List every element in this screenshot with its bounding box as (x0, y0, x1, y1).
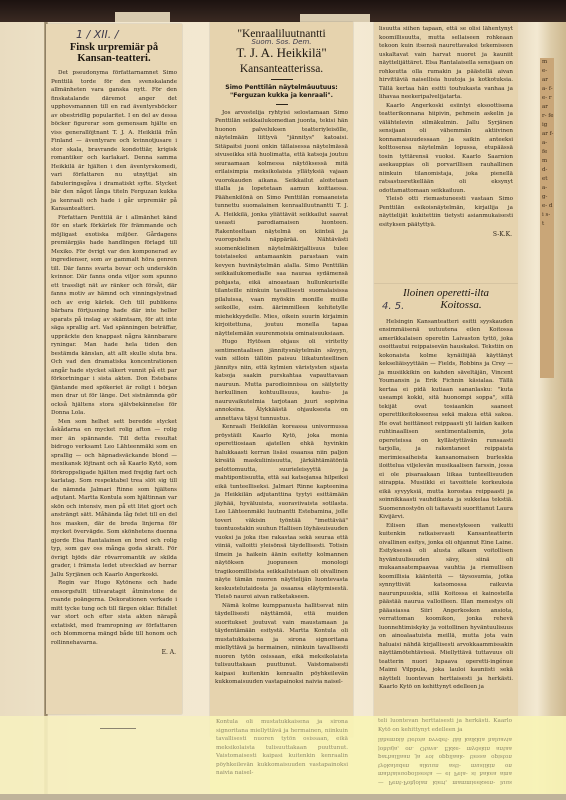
paragraph: Yleisö otti riemastuneesti vastaan Simo … (379, 195, 513, 229)
subtitle-line1: Simo Penttilän näytelmäuutuus: (210, 84, 353, 92)
divider (276, 104, 288, 105)
clipping-finnish-review: "Kenraaliluutnantti Suom. Sos. Dem. T. J… (210, 22, 353, 737)
paragraph: Regin var Hugo Kytönens och hade omsorgs… (51, 579, 177, 647)
clipping-title-line1: Iloinen operetti-ilta (374, 284, 518, 300)
clipping-body: lisuutta siihen tapaan, että se olisi lä… (374, 22, 518, 229)
paragraph: Kaarlo Angerkoski esiintyi eksoottisena … (379, 102, 513, 196)
handwritten-date: 4. 5. (382, 301, 404, 312)
paragraph: Det pseudonyma författarnamnet Simo Pent… (51, 69, 177, 214)
clipping-body: Helsingin Kansanteatteri esitti syyskaud… (374, 315, 518, 692)
clipping-body: Det pseudonyma författarnamnet Simo Pent… (46, 69, 182, 647)
clipping-title: Finsk urpremiär på Kansan-teatteri. (46, 41, 182, 69)
overlay-mirrored-bleedthrough-text: — Pent-Pohjolan kieri, mammieeksen- luus… (378, 738, 512, 786)
clipping-body: Jos arvostelija ryhtyisi selostamaan Sim… (210, 109, 353, 687)
paragraph: Författarn Penttilä är i allmänhet känd … (51, 214, 177, 418)
scan-bottom-border (0, 794, 566, 800)
clipping-title-line2: T. J. A. Heikkilä" (210, 46, 353, 60)
scan-top-border (0, 0, 566, 22)
title-row: 4. 5. Koitossa. (374, 300, 518, 315)
paragraph: Hugo Hytösen ohjaus oli viritetty sentim… (215, 338, 348, 423)
overlay-center-text: Kontula oli mustatukkaisena ja sirona si… (216, 718, 348, 778)
handwritten-date: 1 / XII. / (46, 24, 182, 41)
signature: E. A. (46, 649, 182, 656)
clipping-review-continuation: lisuutta siihen tapaan, että se olisi lä… (374, 22, 518, 284)
divider (100, 728, 136, 729)
paragraph: Jos arvostelija ryhtyisi selostamaan Sim… (215, 109, 348, 339)
paper-tab (115, 12, 170, 22)
signature: S-K.K. (374, 231, 518, 238)
clipping-title-line3: Kansanteatterissa. (210, 63, 353, 75)
paragraph: Helsingin Kansanteatteri esitti syyskaud… (379, 318, 513, 522)
paragraph: Nämä kolme kumppanusta hallitsevat niin … (215, 602, 348, 687)
torn-clipping-edge: m e- ar a- f- e- r ar r- fe ig ar f- a- … (540, 58, 554, 378)
subtitle-line2: "Ferguzan kukka ja kenraali". (210, 92, 353, 100)
paragraph: Eilisen illan menestykseen vaikutti kuit… (379, 522, 513, 692)
paragraph: Kenraali Heikkilän koreassa univormussa … (215, 423, 348, 602)
divider (271, 79, 293, 80)
overlay-right-text: teli luontevan herttaisesti ja herkästi.… (378, 717, 512, 734)
paragraph: lisuutta siihen tapaan, että se olisi lä… (379, 25, 513, 102)
clipping-swedish-review: 1 / XII. / Finsk urpremiär på Kansan-tea… (46, 24, 182, 714)
paragraph: Men som helhet sett beredde stycket åskå… (51, 418, 177, 580)
clipping-operetta-review: Iloinen operetti-ilta 4. 5. Koitossa. He… (374, 284, 518, 754)
